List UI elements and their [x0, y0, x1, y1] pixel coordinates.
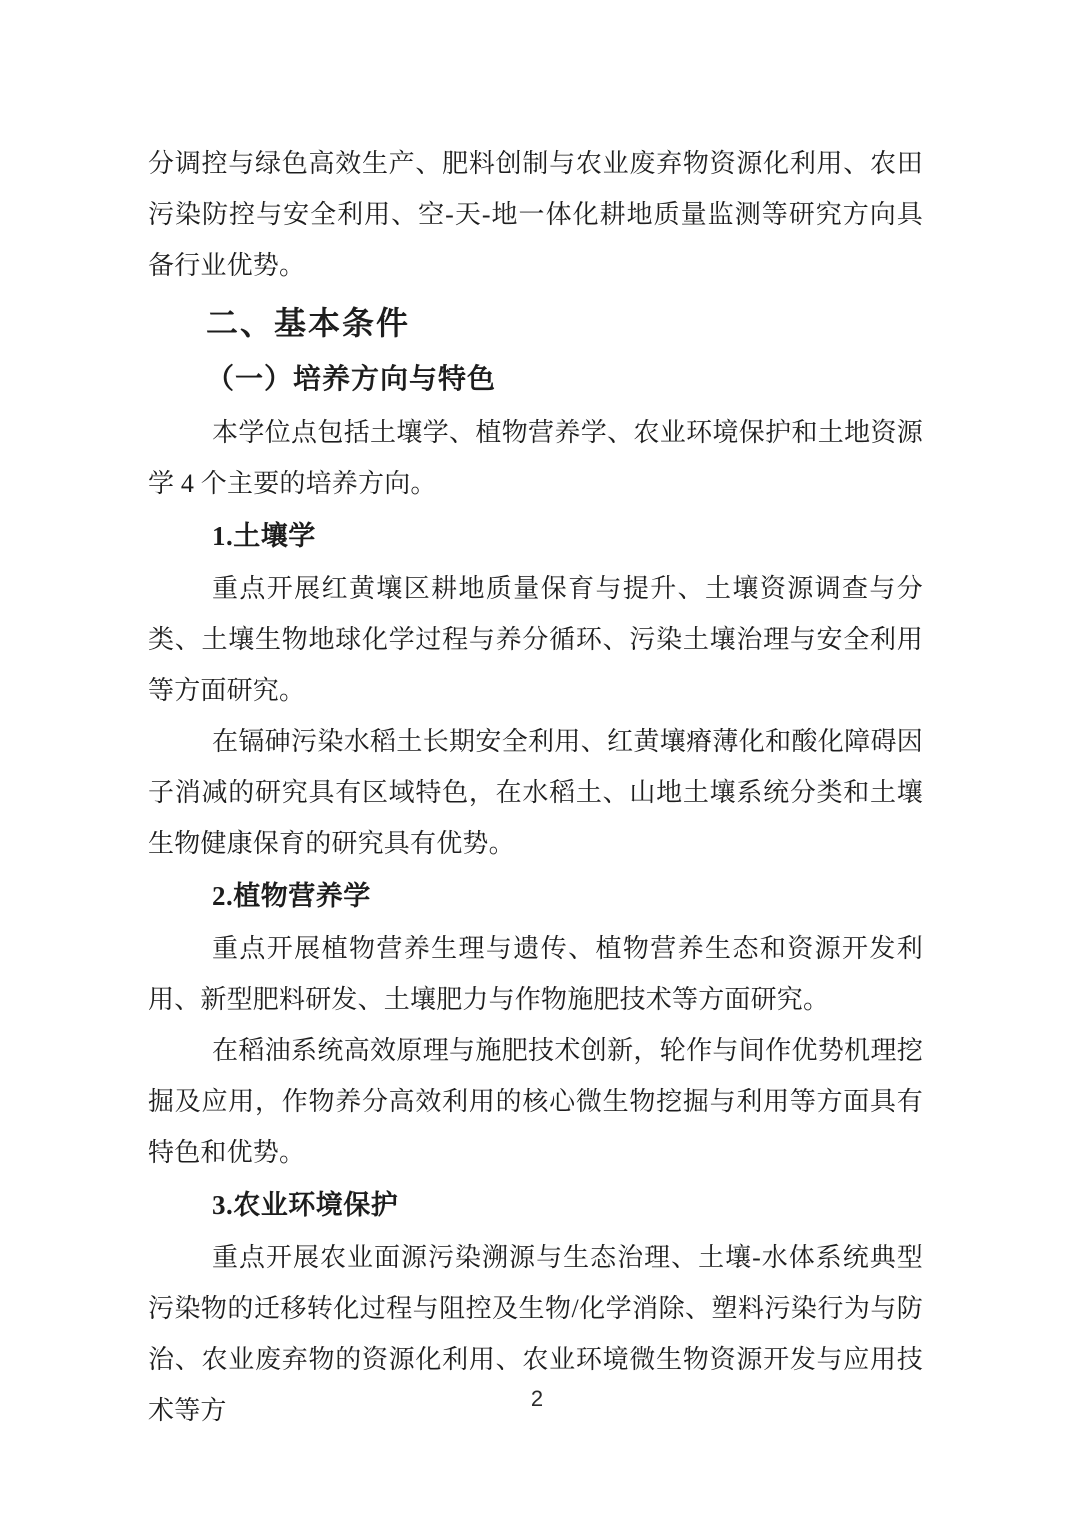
section-heading: 二、基本条件	[148, 295, 923, 351]
paragraph: 在镉砷污染水稻土长期安全利用、红黄壤瘠薄化和酸化障碍因子消减的研究具有区域特色，…	[148, 716, 923, 869]
subsection-heading: （一）培养方向与特色	[148, 353, 923, 407]
direction-heading: 1.土壤学	[148, 510, 923, 563]
document-page: 分调控与绿色高效生产、肥料创制与农业废弃物资源化利用、农田污染防控与安全利用、空…	[0, 0, 1074, 1520]
paragraph: 分调控与绿色高效生产、肥料创制与农业废弃物资源化利用、农田污染防控与安全利用、空…	[148, 138, 923, 291]
paragraph: 重点开展红黄壤区耕地质量保育与提升、土壤资源调查与分类、土壤生物地球化学过程与养…	[148, 563, 923, 716]
document-body: 分调控与绿色高效生产、肥料创制与农业废弃物资源化利用、农田污染防控与安全利用、空…	[148, 138, 923, 1436]
paragraph: 在稻油系统高效原理与施肥技术创新，轮作与间作优势机理挖掘及应用，作物养分高效利用…	[148, 1025, 923, 1178]
paragraph: 重点开展植物营养生理与遗传、植物营养生态和资源开发利用、新型肥料研发、土壤肥力与…	[148, 923, 923, 1025]
page-number: 2	[0, 1386, 1074, 1412]
direction-heading: 2.植物营养学	[148, 870, 923, 923]
direction-heading: 3.农业环境保护	[148, 1179, 923, 1232]
paragraph: 本学位点包括土壤学、植物营养学、农业环境保护和土地资源学 4 个主要的培养方向。	[148, 407, 923, 509]
